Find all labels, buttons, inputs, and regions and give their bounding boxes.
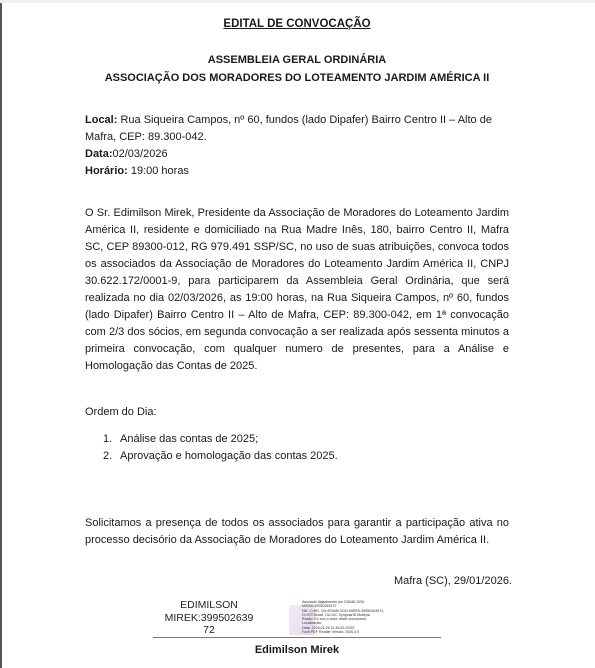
convocation-paragraph: O Sr. Edimilson Mirek, Presidente da Ass… <box>85 205 509 375</box>
signature-line <box>153 637 441 638</box>
agenda-label: Ordem do Dia: <box>85 406 157 418</box>
assembly-type-heading: ASSEMBLEIA GERAL ORDINÁRIA <box>75 54 519 66</box>
location-label: Local: <box>85 114 117 126</box>
closing-paragraph: Solicitamos a presença de todos os assoc… <box>85 515 509 549</box>
agenda-list: 1.Análise das contas de 2025; 2.Aprovaçã… <box>103 431 338 465</box>
time-line: Horário: 19:00 horas <box>85 163 515 180</box>
viewer-left-border <box>0 0 2 668</box>
date-line: Data:02/03/2026 <box>85 146 515 163</box>
signature-certificate-name: EDIMILSON MIREK:399502639 72 <box>154 599 264 637</box>
location-value: Rua Siqueira Campos, nº 60, fundos (lado… <box>85 114 492 143</box>
time-label: Horário: <box>85 165 128 177</box>
location-line: Local: Rua Siqueira Campos, nº 60, fundo… <box>85 112 515 146</box>
date-label: Data: <box>85 148 113 160</box>
agenda-item: 2.Aprovação e homologação das contas 202… <box>103 448 338 465</box>
meeting-info: Local: Rua Siqueira Campos, nº 60, fundo… <box>85 112 515 180</box>
time-value: 19:00 horas <box>128 165 189 177</box>
signer-name: Edimilson Mirek <box>153 644 441 656</box>
digital-signature-block[interactable]: EDIMILSON MIREK:399502639 72 Assinado di… <box>154 599 444 639</box>
agenda-item: 1.Análise das contas de 2025; <box>103 431 338 448</box>
viewer-top-border <box>0 0 595 3</box>
signature-details: Assinado digitalmente por EDIMILSON MIRE… <box>302 600 452 634</box>
association-name-heading: ASSOCIAÇÃO DOS MORADORES DO LOTEAMENTO J… <box>75 72 519 84</box>
place-date: Mafra (SC), 29/01/2026. <box>394 575 512 587</box>
document-title: EDITAL DE CONVOCAÇÃO <box>85 18 509 30</box>
date-value: 02/03/2026 <box>113 148 168 160</box>
